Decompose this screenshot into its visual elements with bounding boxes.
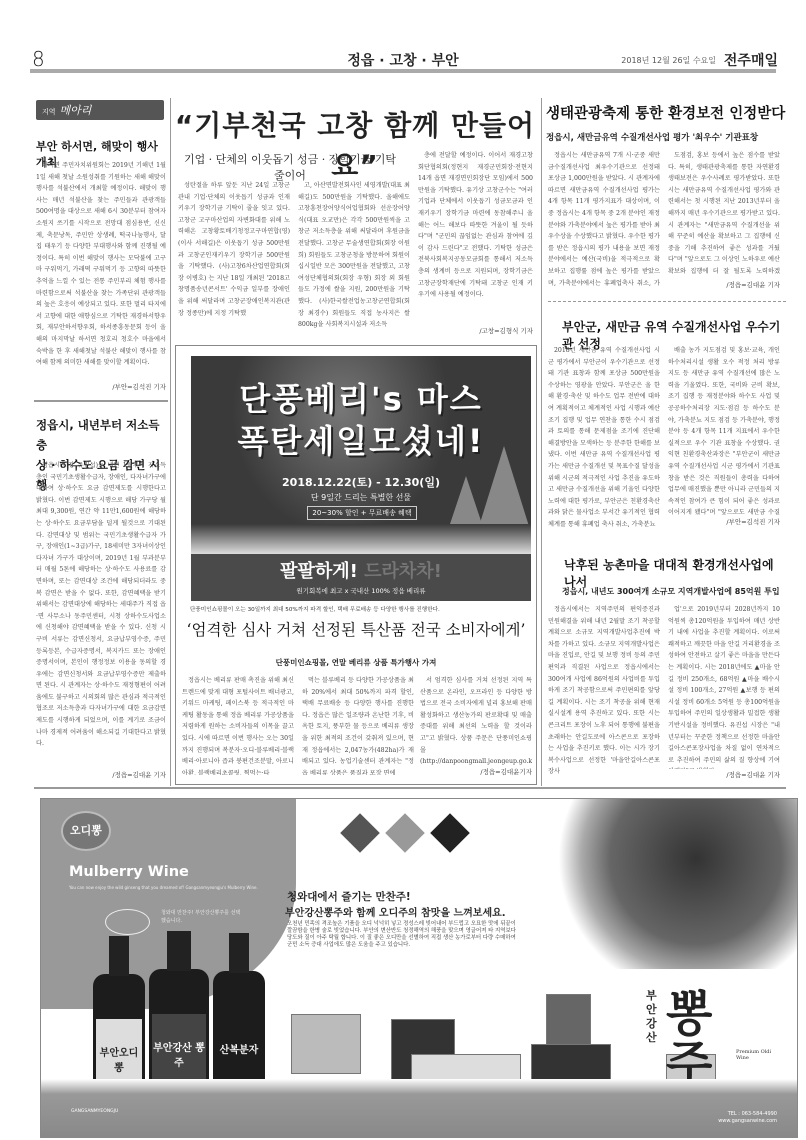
byline-haseo: /부안=김석진 기자 bbox=[36, 382, 166, 391]
ad-divider bbox=[34, 787, 786, 789]
banner-line-1: 단풍베리's 마스 bbox=[191, 374, 531, 420]
eco-body-col2: 도점검, 홍보 등에서 높은 점수를 받았다. 특히, 생태관광축제를 통한 자… bbox=[668, 150, 780, 275]
column-kicker: 지역메아리 bbox=[36, 100, 164, 120]
column-divider bbox=[541, 98, 542, 786]
kicker-label: 메아리 bbox=[60, 104, 92, 117]
website-link[interactable]: www.gangsanwine.com bbox=[718, 1118, 777, 1125]
byline-fee-reduction: /정읍=김대윤 기자 bbox=[36, 770, 166, 779]
fruit-diamond-icon bbox=[385, 813, 425, 853]
berry-body-col1: 정읍시는 베리류 판매 촉진을 위해 최신 트렌드에 맞게 대형 포털사이트 배… bbox=[182, 675, 294, 775]
eco-body-col1: 정읍시는 새만금유역 7개 시·군중 새만금수질개선사업 최우수기관으로 선정돼… bbox=[548, 150, 660, 290]
main-body-col3: 층에 전달할 예정이다. 이어서 재경고창회단협의회(정현지 재경군민회장·전현… bbox=[418, 150, 533, 325]
berry-body-col2: 먹는 블루베리 등 다양한 가공상품을 최하 20%에서 최대 50%까지 파격… bbox=[302, 675, 414, 775]
newspaper-name: 전주매일 bbox=[724, 50, 778, 70]
main-body-col1: 성탄절을 하루 앞둔 지난 24일 고창군 관내 기업·단체의 이웃돕기 성금과… bbox=[178, 180, 290, 335]
mulberry-photo bbox=[541, 799, 798, 969]
rural-body-col1: 정읍시에서는 지역주민의 편익증진과 민원해결을 위해 내년 2월말 조기 착공… bbox=[548, 604, 660, 782]
article-subtitle-eco-festival: 정읍시, 새만금유역 수질개선사업 평가 '최우수' 기관표창 bbox=[546, 131, 786, 143]
photo-caption: 단풍미인쇼핑몰이 오는 30일까지 최대 50%까지 파격 할인, 택배 무료배… bbox=[190, 605, 535, 613]
issue-date: 2018년 12월 26일 수요일 bbox=[621, 55, 716, 66]
byline-buan: /부안=김석진 기자 bbox=[668, 517, 780, 526]
berry-body-col3: 서 엄격한 심사를 거쳐 선정된 지역 특산품으로 온라인, 오프라인 등 다양… bbox=[420, 675, 532, 765]
article-body-fee-reduction: 정읍시(시장 유진섭)는 내년 1월부터 저소득층인 국민기초생활수급자, 장애… bbox=[36, 460, 166, 770]
ad-subtitle: You can now enjoy the wild ginseng that … bbox=[69, 885, 269, 891]
article-title-rural-village[interactable]: 낙후된 농촌마을 대대적 환경개선사업에 나서 bbox=[564, 556, 789, 590]
banner-tagline: 원기회복에 최고 x 국내산 100% 정읍 베리류 bbox=[191, 586, 531, 595]
seal-text: 청와대 만찬주! 부안강산뽕주를 선택했습니다. bbox=[161, 909, 241, 925]
phone-number: TEL : 063-584-4990 bbox=[718, 1111, 777, 1118]
gift-box bbox=[291, 1014, 361, 1074]
brand-big: 뽕주 bbox=[666, 989, 712, 1089]
ad-body: 오천년 민족의 격조높은 기품을 오디 넉넉히 넣고 정성스레 빚어내어 부드럽… bbox=[287, 921, 517, 949]
main-body-col2: 고, 아산면발전회사인 세영개발(대표 최해길)도 500만원을 기탁했다. 올… bbox=[298, 180, 410, 335]
banner-slogan: 팔팔하게! 드라차차! bbox=[191, 557, 531, 583]
berry-sale-banner[interactable]: 단풍베리's 마스 폭탄세일모셨네! 2018.12.22(토) - 12.30… bbox=[191, 356, 531, 601]
mulberry-wine-ad[interactable]: 오디뽕 Mulberry Wine You can now enjoy the … bbox=[40, 798, 798, 1138]
rural-body-col2: 업'으로 2019년부터 2028년까지 10억원씩 총120억원을 투입하여 … bbox=[668, 604, 780, 769]
buan-body-col2: 배출 농가 지도점검 및 홍보·교육, 개인하수처리시설 생활 오수 적정 처리… bbox=[668, 345, 780, 515]
wine-bottle: 부안강산 뽕주 bbox=[149, 969, 209, 1094]
ad-headline-2: 부안강산뽕주와 함께 오디주의 참맛을 느껴보세요. bbox=[285, 904, 506, 919]
brand-tagline: Premium Oldi Wine bbox=[736, 1049, 776, 1061]
blue-house-seal-icon bbox=[105, 909, 150, 935]
byline-eco: /정읍=김대윤 기자 bbox=[668, 280, 780, 289]
article-subtitle-rural-village: 정읍시, 내년도 300여개 소규모 지역개발사업에 85억원 투입 bbox=[562, 586, 787, 597]
discount-pill: 20~30% 할인 + 무료배송 혜택 bbox=[307, 506, 417, 520]
kicker-prefix: 지역 bbox=[42, 108, 56, 116]
berry-headline[interactable]: ‘엄격한 심사 거쳐 선정된 특산품 전국 소비자에게’ bbox=[175, 618, 537, 640]
byline-berry: /정읍=김대윤기자 bbox=[420, 767, 532, 776]
article-body-haseo: 하서면 주민자치위원회는 2019년 기해년 1월 1일 새해 첫날 소원성취를… bbox=[36, 160, 166, 380]
main-subheadline: 기업 · 단체의 이웃돕기 성금 · 장학기금 기탁 줄이어 bbox=[180, 151, 400, 183]
divider bbox=[34, 400, 168, 402]
contact-info[interactable]: TEL : 063-584-4990www.gangsanwine.com bbox=[718, 1111, 777, 1125]
snow-scene bbox=[191, 524, 531, 554]
ad-title: Mulberry Wine bbox=[69, 864, 189, 880]
mulberry-diamond-icon bbox=[340, 813, 380, 853]
wine-bottle: 산복분자 bbox=[213, 971, 265, 1094]
berry-subheadline: 단풍미인쇼핑몰, 연말 베리류 상품 특가행사 가져 bbox=[175, 657, 537, 668]
maker-name: GANGSANMYEONGJU bbox=[71, 1109, 118, 1114]
wine-bottle: 부안오디뽕 bbox=[93, 974, 145, 1094]
slogan-a: 팔팔하게! bbox=[280, 561, 364, 582]
slogan-b: 드라차차! bbox=[364, 561, 442, 582]
dashed-divider bbox=[548, 301, 786, 302]
article-title-eco-festival[interactable]: 생태관광축제 통한 환경보전 인정받다 bbox=[546, 102, 786, 123]
buan-body-col1: 2018년 새만금 유역 수질개선사업 시군 평가에서 부안군이 우수기관으로 … bbox=[548, 345, 660, 530]
bottle-label: 부안강산 뽕주 bbox=[152, 1014, 206, 1084]
gift-set-badge-icon bbox=[430, 813, 470, 853]
bottle-label: 산복분자 bbox=[216, 1016, 262, 1086]
ground-shadow bbox=[41, 1079, 798, 1138]
header-rule bbox=[30, 69, 776, 73]
brand-vertical: 부안강산 bbox=[646, 989, 660, 1045]
brand-logo: 오디뽕 bbox=[61, 811, 111, 851]
title-line-1: 정읍시, 내년부터 저소득층 bbox=[36, 418, 159, 452]
byline-main: /고창=김형식 기자 bbox=[418, 326, 533, 335]
byline-rural: /정읍=김대윤 기자 bbox=[668, 770, 780, 779]
column-divider bbox=[170, 98, 171, 786]
ad-headline-1: 청와대에서 즐기는 만찬주! bbox=[287, 889, 411, 904]
